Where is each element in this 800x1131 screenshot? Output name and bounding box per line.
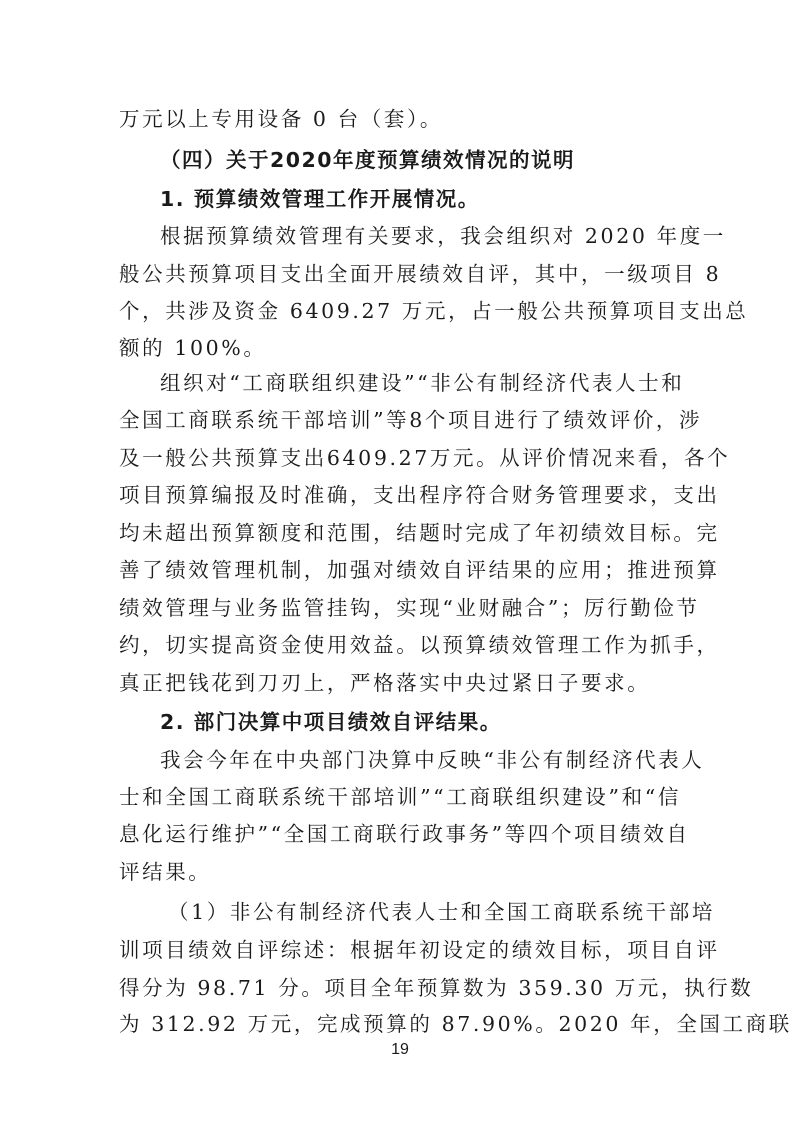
paragraph-line: 般公共预算项目支出全面开展绩效自评，其中，一级项目 8: [119, 260, 681, 288]
paragraph-line: 评结果。: [119, 858, 681, 886]
page-number: 19: [0, 1041, 800, 1059]
paragraph-line: 善了绩效管理机制，加强对绩效自评结果的应用；推进预算: [119, 556, 681, 584]
paragraph-line: 约，切实提高资金使用效益。以预算绩效管理工作为抓手，: [119, 631, 681, 659]
paragraph-line: 均未超出预算额度和范围，结题时完成了年初绩效目标。完: [119, 519, 681, 547]
paragraph-line: （1）非公有制经济代表人士和全国工商联系统干部培: [168, 898, 681, 926]
paragraph-line: 全国工商联系统干部培训”等8个项目进行了绩效评价，涉: [119, 406, 681, 434]
paragraph-line: 万元以上专用设备 0 台（套）。: [119, 105, 681, 133]
paragraph-line: 训项目绩效自评综述：根据年初设定的绩效目标，项目自评: [119, 936, 681, 964]
paragraph-line: 额的 100%。: [119, 334, 681, 362]
paragraph-line: 组织对“工商联组织建设”“非公有制经济代表人士和: [160, 369, 681, 397]
section-heading: （四）关于2020年度预算绩效情况的说明: [160, 146, 681, 174]
paragraph-line: 为 312.92 万元，完成预算的 87.90%。2020 年，全国工商联: [119, 1010, 681, 1038]
paragraph-line: 项目预算编报及时准确，支出程序符合财务管理要求，支出: [119, 481, 681, 509]
paragraph-line: 我会今年在中央部门决算中反映“非公有制经济代表人: [160, 746, 681, 774]
paragraph-line: 得分为 98.71 分。项目全年预算数为 359.30 万元，执行数: [119, 974, 681, 1002]
paragraph-line: 个，共涉及资金 6409.27 万元，占一般公共预算项目支出总: [119, 297, 681, 325]
paragraph-line: 息化运行维护”“全国工商联行政事务”等四个项目绩效自: [119, 820, 681, 848]
paragraph-line: 绩效管理与业务监管挂钩，实现“业财融合”；厉行勤俭节: [119, 594, 681, 622]
subsection-heading: 1. 预算绩效管理工作开展情况。: [160, 185, 681, 213]
paragraph-line: 士和全国工商联系统干部培训”“工商联组织建设”和“信: [119, 783, 681, 811]
paragraph-line: 及一般公共预算支出6409.27万元。从评价情况来看，各个: [119, 444, 681, 472]
paragraph-line: 真正把钱花到刀刃上，严格落实中央过紧日子要求。: [119, 669, 681, 697]
paragraph-line: 根据预算绩效管理有关要求，我会组织对 2020 年度一: [160, 222, 681, 250]
subsection-heading: 2. 部门决算中项目绩效自评结果。: [160, 708, 681, 736]
